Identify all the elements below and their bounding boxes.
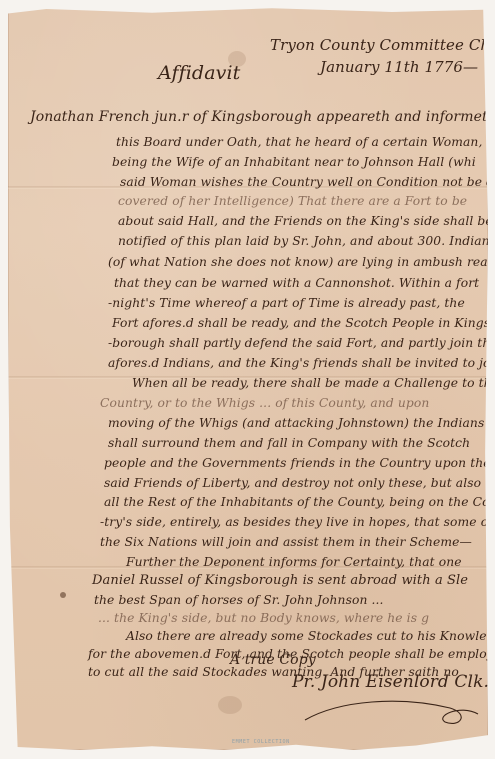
manuscript-page: Tryon County Committee Chamber January 1… xyxy=(8,6,488,750)
text-line: the Six Nations will join and assist the… xyxy=(100,536,472,548)
heading-date: January 11th 1776— xyxy=(320,58,478,76)
document-viewer: Tryon County Committee Chamber January 1… xyxy=(0,0,495,759)
text-line: -try's side, entirely, as besides they l… xyxy=(100,516,493,528)
text-line: the best Span of horses of Sr. John John… xyxy=(94,594,384,606)
text-line: notified of this plan laid by Sr. John, … xyxy=(118,235,495,247)
attestation: A true Copy xyxy=(230,652,316,668)
text-line: afores.d Indians, and the King's friends… xyxy=(108,357,491,369)
text-line: said Woman wishes the Country well on Co… xyxy=(120,176,495,188)
text-line: -night's Time whereof a part of Time is … xyxy=(108,297,465,309)
text-line: Fort afores.d shall be ready, and the Sc… xyxy=(112,317,490,329)
document-title: Affidavit xyxy=(158,62,240,84)
text-line: Further the Deponent informs for Certain… xyxy=(126,556,462,568)
text-line: shall surround them and fall in Company … xyxy=(108,437,470,449)
text-line: all the Rest of the Inhabitants of the C… xyxy=(104,496,495,508)
text-line: When all be ready, there shall be made a… xyxy=(132,377,495,389)
text-line: about said Hall, and the Friends on the … xyxy=(118,215,493,227)
ink-blot xyxy=(60,592,66,598)
text-line: Also there are already some Stockades cu… xyxy=(126,630,487,642)
text-line: people and the Governments friends in th… xyxy=(104,457,491,469)
collection-stamp: EMMET COLLECTION xyxy=(232,739,290,745)
text-line: Jonathan French jun.r of Kingsborough ap… xyxy=(30,110,495,124)
signature: Pr. John Eisenlord Clk. xyxy=(292,672,489,692)
heading-place: Tryon County Committee Chamber xyxy=(270,36,495,54)
text-line: this Board under Oath, that he heard of … xyxy=(116,136,482,148)
paper-stain xyxy=(218,696,242,714)
text-line: that they can be warned with a Cannonsho… xyxy=(114,277,479,289)
text-line: (of what Nation she does not know) are l… xyxy=(108,256,495,268)
text-line: said Friends of Liberty, and destroy not… xyxy=(104,477,481,489)
text-line: Daniel Russel of Kingsborough is sent ab… xyxy=(92,574,468,587)
text-line: -borough shall partly defend the said Fo… xyxy=(108,337,495,349)
text-line: being the Wife of an Inhabitant near to … xyxy=(112,156,476,168)
text-line: Country, or to the Whigs ... of this Cou… xyxy=(100,397,429,409)
text-line: covered of her Intelligence) That there … xyxy=(118,195,467,207)
text-line: ... the King's side, but no Body knows, … xyxy=(98,612,429,624)
text-line: moving of the Whigs (and attacking Johns… xyxy=(108,417,484,429)
